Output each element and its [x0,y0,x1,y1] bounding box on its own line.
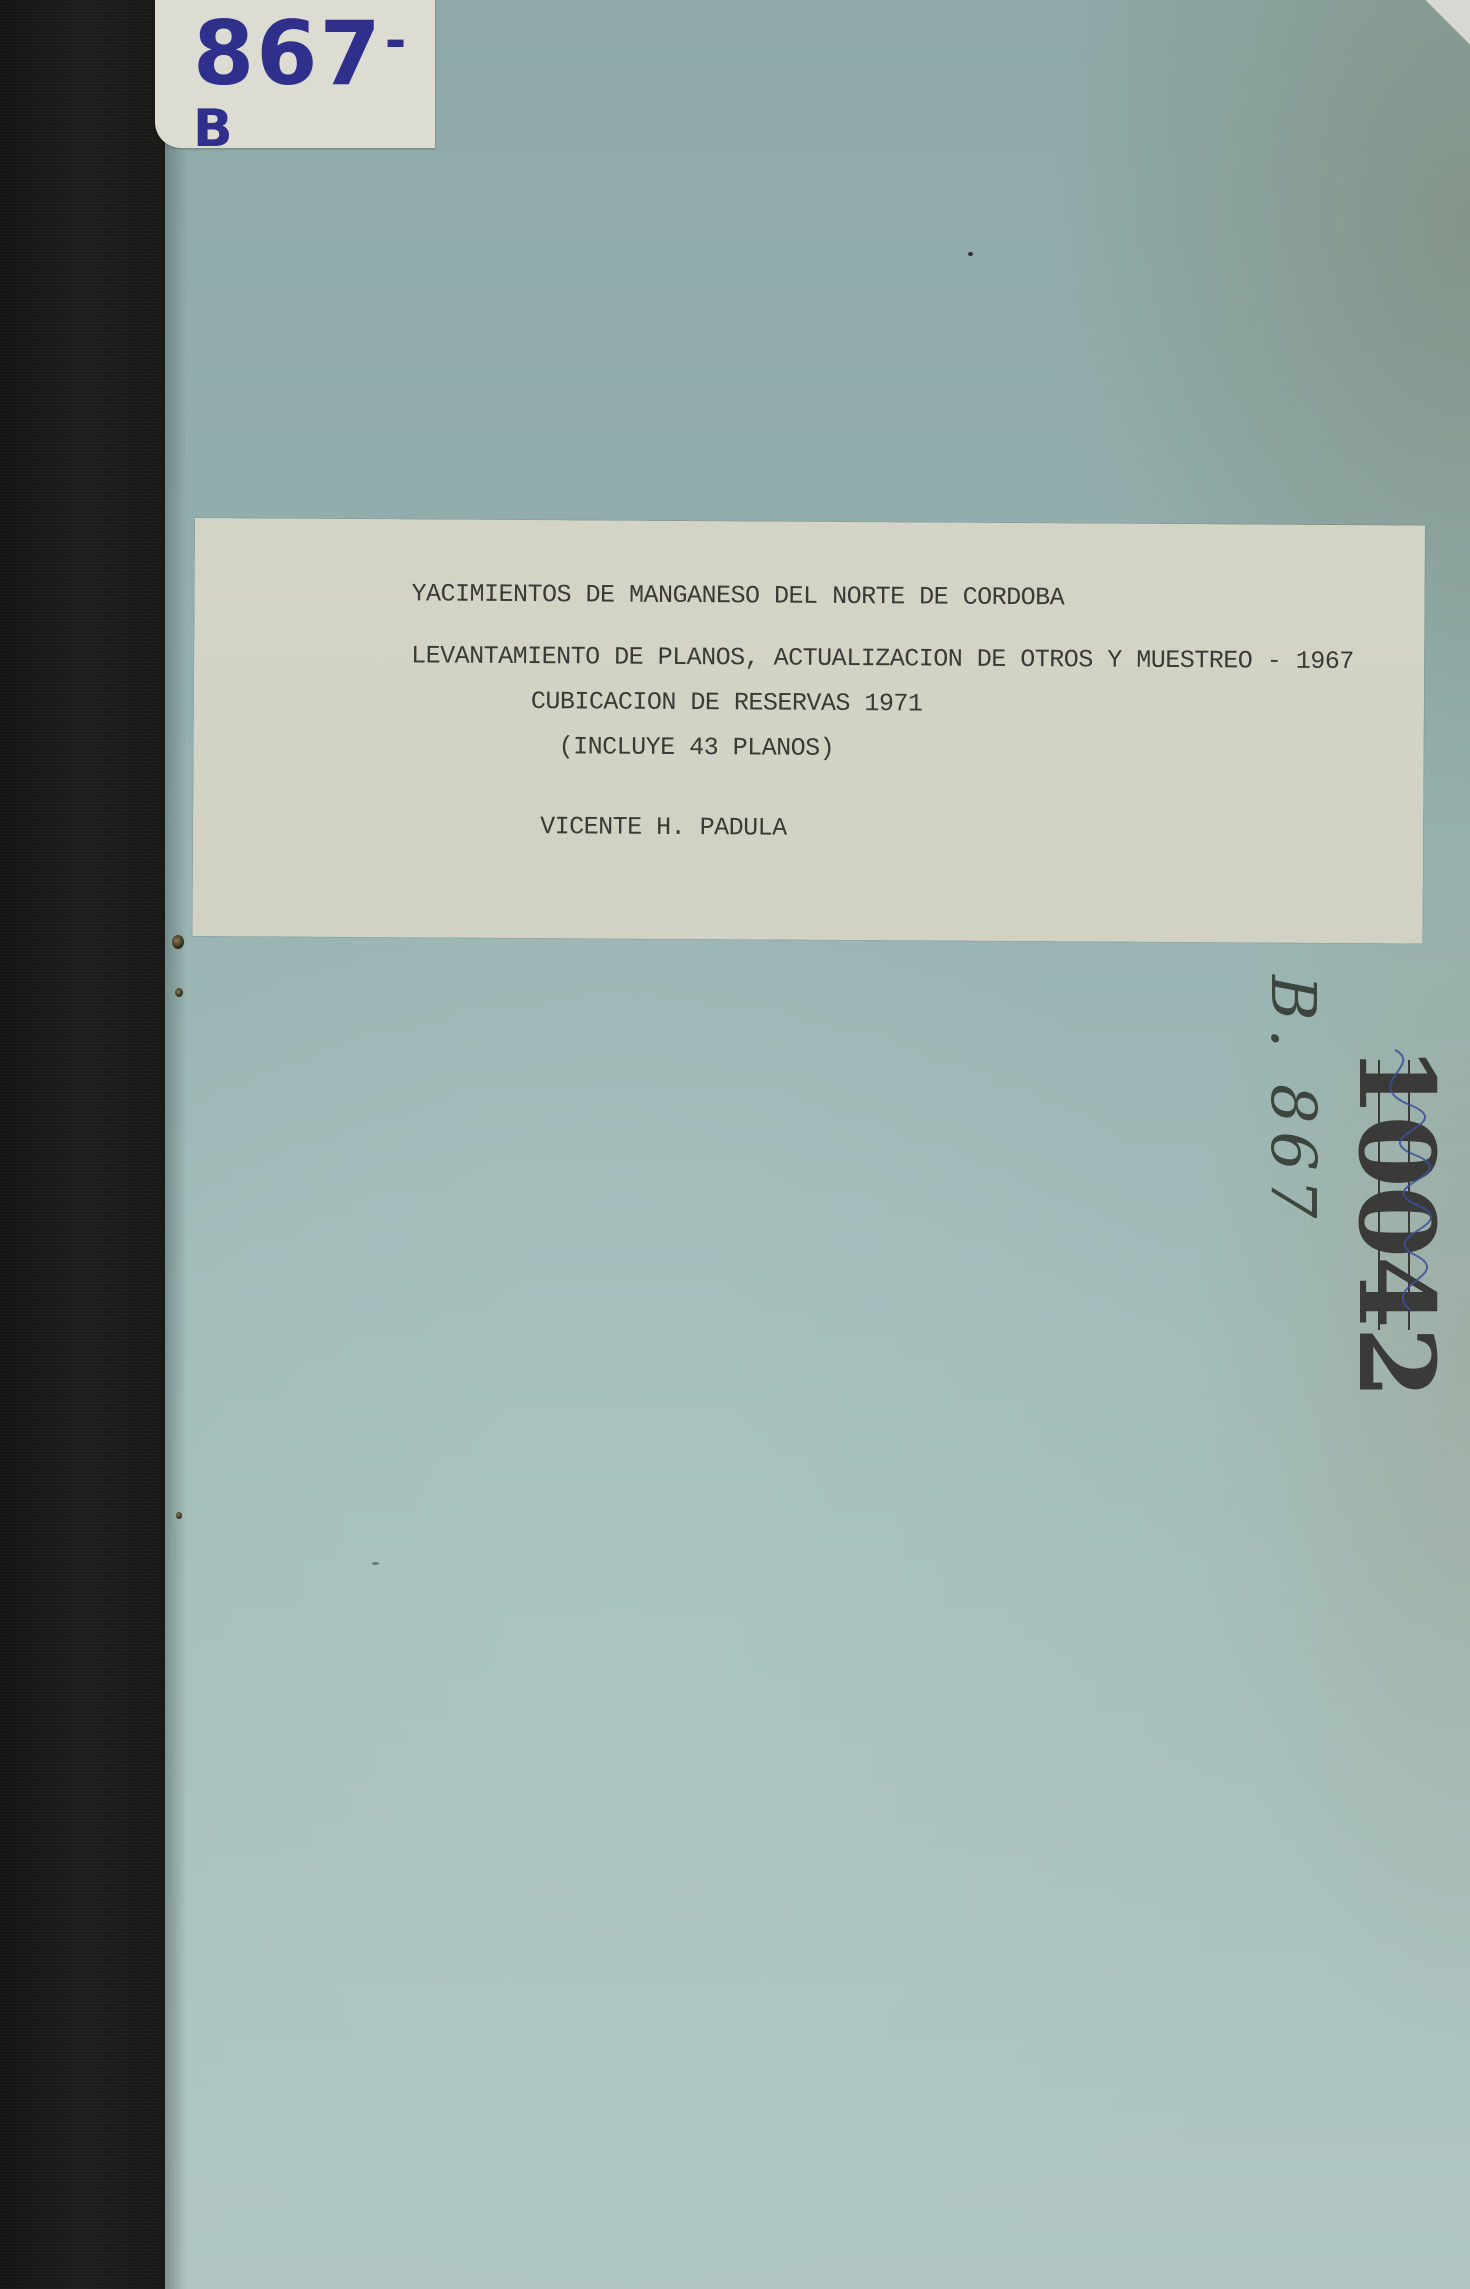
title-line-survey: LEVANTAMIENTO DE PLANOS, ACTUALIZACION D… [411,641,1354,676]
cloth-spine [0,0,165,2289]
catalog-tag: 867-B [155,0,435,148]
binding-hole [172,935,184,949]
handwritten-reference-text: B. 867 [1257,975,1330,1226]
title-line-includes: (INCLUYE 43 PLANOS) [559,732,835,763]
title-line-deposits: YACIMIENTOS DE MANGANESO DEL NORTE DE CO… [411,579,1064,612]
author-name: VICENTE H. PADULA [540,812,787,843]
label-text: YACIMIENTOS DE MANGANESO DEL NORTE DE CO… [192,518,1425,944]
binding-hole [176,1512,182,1519]
title-line-reserves: CUBICACION DE RESERVAS 1971 [531,687,923,718]
binding-hole [175,988,183,997]
title-label: YACIMIENTOS DE MANGANESO DEL NORTE DE CO… [192,518,1425,944]
folder-cover: 867-B YACIMIENTOS DE MANGANESO DEL NORTE… [0,0,1470,2289]
board-edge-shadow [165,0,187,2289]
blue-scribble-mark [1355,1045,1445,1315]
corner-fold [1410,0,1470,50]
catalog-number-main: 867 [193,2,383,105]
catalog-number: 867-B [193,10,435,186]
surface-speck [968,252,973,256]
surface-speck [372,1562,379,1565]
